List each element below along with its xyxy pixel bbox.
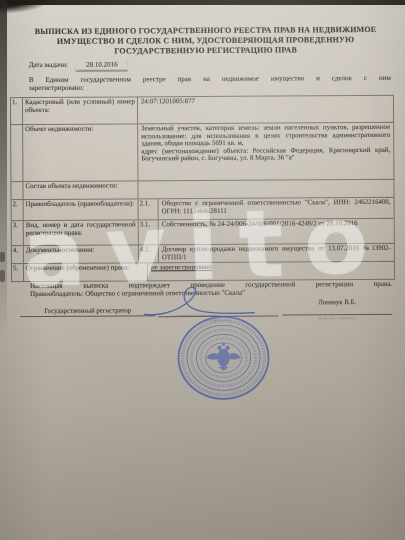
row-number: 3.	[12, 221, 24, 245]
row-sub-number: 4.1.	[139, 245, 159, 262]
row-number: 4.	[12, 246, 24, 263]
row-label: Кадастровый (или условный) номер объекта…	[23, 97, 138, 124]
row-value: не зарегистрировано	[148, 262, 394, 281]
row-label: Ограничение (обременение) права:	[24, 264, 148, 282]
row-value	[138, 180, 393, 199]
row-value: Собственность, № 24-24/006-24/006/001/20…	[159, 219, 394, 244]
row-label: Документы-основания:	[24, 245, 139, 263]
row-number: 1.	[11, 98, 23, 124]
row-value: Земельный участок, категория земель: зем…	[138, 123, 393, 181]
intro-paragraph: В Едином государственном реестре прав на…	[29, 74, 391, 92]
registrar-name: Лопачук В.Б.	[282, 299, 392, 307]
row-label: Вид, номер и дата государственной регист…	[24, 220, 139, 245]
row-value: Общество с ограниченной ответственностью…	[159, 198, 394, 219]
table-row-rights-holder: 2. Правообладатель (правообладатели): 2.…	[12, 197, 394, 220]
issue-date-row: Дата выдачи:28.10.2016	[29, 60, 128, 69]
registration-table: 1. Кадастровый (или условный) номер объе…	[10, 95, 395, 283]
row-sub-number: 2.1.	[139, 199, 159, 219]
row-number: 5.	[12, 264, 24, 281]
round-official-stamp	[175, 314, 272, 405]
registrar-label: Государственный регистратор	[20, 307, 155, 315]
document-title: ВЫПИСКА ИЗ ЕДИНОГО ГОСУДАРСТВЕННОГО РЕЕС…	[21, 25, 391, 57]
photo-top-edge	[0, 0, 405, 5]
table-row-object-composition: Состав объекта недвижимости:	[11, 179, 393, 199]
table-row-encumbrance: 5. Ограничение (обременение) права: не з…	[12, 261, 394, 281]
intro-line-2: зарегистрировано:	[29, 82, 391, 92]
row-number	[11, 125, 23, 181]
issue-date-label: Дата выдачи:	[29, 61, 68, 69]
edge-smudge	[0, 252, 5, 262]
encumbrance-value: не зарегистрировано	[151, 264, 212, 271]
paper-left-edge-shadow	[0, 0, 7, 335]
row-label: Правообладатель (правообладатели):	[24, 199, 139, 220]
row-number	[11, 182, 23, 199]
row-value: Договор купли-продажи недвижимого имущес…	[159, 244, 394, 263]
row-number: 2.	[12, 200, 24, 220]
row-label: Объект недвижимости:	[23, 124, 138, 181]
handwritten-signature	[136, 283, 296, 322]
row-value-part-1: Земельный участок, категория земель: зем…	[141, 124, 390, 148]
row-sub-number: 3.1.	[139, 220, 159, 244]
row-value: 24:07:1201005:877	[138, 96, 393, 124]
row-value-part-2: адрес (местонахождение) объекта: Российс…	[141, 147, 390, 164]
egrp-extract-document: ВЫПИСКА ИЗ ЕДИНОГО ГОСУДАРСТВЕННОГО РЕЕС…	[0, 0, 405, 540]
name-sublabel: (фамилия, инициалы)	[282, 316, 392, 321]
table-row-property-object: Объект недвижимости: Земельный участок, …	[11, 122, 393, 181]
issue-date-value: 28.10.2016	[76, 60, 128, 70]
scanned-document-photo: ВЫПИСКА ИЗ ЕДИНОГО ГОСУДАРСТВЕННОГО РЕЕС…	[0, 0, 405, 540]
table-row-registration-record: 3. Вид, номер и дата государственной рег…	[12, 218, 394, 245]
edge-smudge	[0, 270, 5, 282]
table-row-basis-documents: 4. Документы-основания: 4.1. Договор куп…	[12, 243, 394, 264]
name-underline	[282, 305, 392, 316]
row-label: Состав объекта недвижимости:	[23, 181, 138, 199]
table-row-cadastral-number: 1. Кадастровый (или условный) номер объе…	[11, 96, 393, 124]
